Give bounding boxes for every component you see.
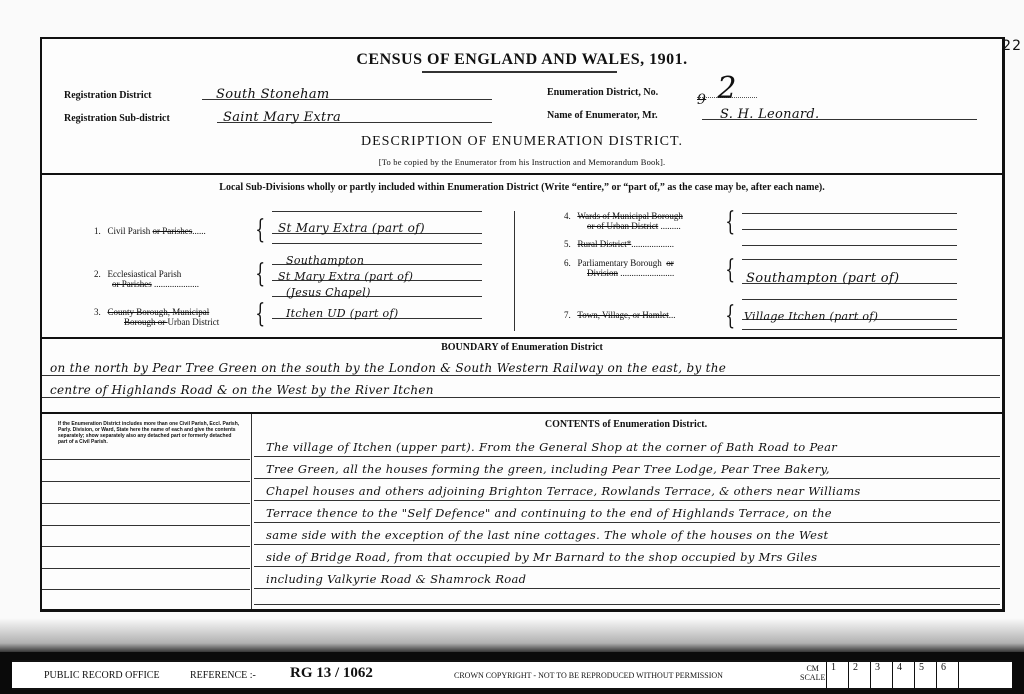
subdivision-struck-text: County Borough, Municipal: [108, 307, 210, 317]
subdivision-4-line-1: [742, 205, 957, 214]
subdivision-number: 1.: [94, 226, 101, 236]
subdivision-struck-text: or Parishes: [153, 226, 193, 236]
subdivision-4-line-2: [742, 221, 957, 230]
subdivision-2-line-1: Southampton: [272, 249, 482, 265]
subdivision-4-label-line2: or of Urban District .........: [587, 221, 681, 231]
brace: {: [255, 261, 265, 287]
contents-heading: CONTENTS of Enumeration District.: [252, 419, 1000, 430]
side-rule: [42, 568, 250, 569]
registration-subdistrict-label: Registration Sub-district: [64, 113, 170, 124]
side-rule: [42, 459, 250, 460]
contents-line: The village of Itchen (upper part). From…: [254, 436, 1000, 457]
contents-text: including Valkyrie Road & Shamrock Road: [254, 572, 526, 586]
scale-mark: 3: [870, 662, 892, 688]
scale-mark: 4: [892, 662, 914, 688]
subdivision-number: 4.: [564, 211, 571, 221]
dot-leader: ....................: [154, 279, 199, 289]
dot-leader: ......: [192, 226, 206, 236]
registration-district-label: Registration District: [64, 90, 151, 101]
divider: [42, 337, 1002, 339]
contents-line: [254, 590, 1000, 605]
subdivision-struck-text: Town, Village, or Hamlet: [577, 310, 668, 320]
contents-text: same side with the exception of the last…: [254, 528, 828, 542]
enumeration-district-field: 9 2: [697, 77, 757, 98]
scale-mark: 1: [826, 662, 848, 688]
scale-mark: 6: [936, 662, 958, 688]
side-rule: [42, 546, 250, 547]
column-divider: [514, 211, 515, 331]
subdivision-6-line-2: Southampton (part of): [742, 267, 957, 284]
page-number: 22: [1002, 38, 1022, 54]
side-rule: [42, 481, 250, 482]
registration-subdistrict-field: Saint Mary Extra: [217, 106, 492, 123]
subdivision-5-line: [742, 237, 957, 246]
cm-scale-label: CM SCALE: [800, 664, 825, 682]
subdivision-2-label: 2. Ecclesiastical Parish: [94, 269, 181, 279]
side-rule: [42, 503, 250, 504]
scale-mark: 5: [914, 662, 936, 688]
enumerator-label: Name of Enumerator, Mr.: [547, 110, 658, 121]
boundary-text-2: centre of Highlands Road & on the West b…: [42, 383, 434, 397]
subdivision-struck-text: or of Urban District: [587, 221, 658, 231]
subdivision-text: Civil Parish: [108, 226, 151, 236]
subdivision-struck-text: Rural District*: [578, 239, 632, 249]
subdivision-number: 5.: [564, 239, 571, 249]
subdivision-2-label-line2: or Parishes ....................: [112, 279, 199, 289]
contents-text: side of Bridge Road, from that occupied …: [254, 550, 817, 564]
contents-side-note: If the Enumeration District includes mor…: [58, 421, 242, 445]
subdivision-6-value: Southampton (part of): [742, 271, 899, 286]
subdivision-2-line-2: St Mary Extra (part of): [272, 265, 482, 281]
dot-leader: ........................: [620, 268, 674, 278]
subdivision-3-label-line2: Borough or Urban District: [124, 317, 219, 327]
contents-line: Tree Green, all the houses forming the g…: [254, 458, 1000, 479]
dot-leader: ...: [669, 310, 676, 320]
subdivision-struck-text: Borough or: [124, 317, 168, 327]
subdivisions-heading: Local Sub-Divisions wholly or partly inc…: [42, 182, 1002, 193]
enumerator-value: S. H. Leonard.: [702, 107, 819, 122]
form-title: CENSUS OF ENGLAND AND WALES, 1901.: [42, 51, 1002, 69]
contents-line: Chapel houses and others adjoining Brigh…: [254, 480, 1000, 501]
footer-copyright: CROWN COPYRIGHT - NOT TO BE REPRODUCED W…: [454, 671, 723, 680]
enumerator-field: S. H. Leonard.: [702, 103, 977, 120]
boundary-text-1: on the north by Pear Tree Green on the s…: [42, 361, 726, 375]
scan-edge-shadow: [0, 618, 1024, 654]
boundary-heading: BOUNDARY of Enumeration District: [42, 342, 1002, 353]
contents-text: Chapel houses and others adjoining Brigh…: [254, 484, 861, 498]
subdivision-1-line-1: [272, 199, 482, 212]
dot-leader: ...................: [631, 239, 674, 249]
subdivision-5-label: 5. Rural District*...................: [564, 239, 674, 249]
subdivision-7-value: Village Itchen (part of): [742, 310, 878, 323]
subdivision-1-line-3: [272, 233, 482, 244]
subdivision-7-label: 7. Town, Village, or Hamlet...: [564, 310, 676, 320]
cm-label: CM: [800, 664, 825, 673]
scale-mark: 2: [848, 662, 870, 688]
brace: {: [725, 257, 735, 283]
contents-line: side of Bridge Road, from that occupied …: [254, 546, 1000, 567]
copy-note: [To be copied by the Enumerator from his…: [42, 157, 1002, 167]
archive-footer: PUBLIC RECORD OFFICE REFERENCE :- RG 13 …: [0, 652, 1024, 694]
contents-text: Terrace thence to the "Self Defence" and…: [254, 506, 832, 520]
enumeration-district-value: 2: [717, 71, 736, 106]
contents-column-divider: [251, 414, 252, 609]
subdivision-struck-text: or: [666, 258, 674, 268]
subdivision-text: Ecclesiastical Parish: [108, 269, 182, 279]
contents-line: same side with the exception of the last…: [254, 524, 1000, 545]
subdivision-text: Parliamentary Borough: [578, 258, 662, 268]
contents-heading-text: CONTENTS of Enumeration District.: [545, 419, 707, 430]
brace: {: [255, 217, 265, 243]
title-underline: [422, 71, 617, 73]
contents-text: Tree Green, all the houses forming the g…: [254, 462, 830, 476]
divider: [42, 173, 1002, 175]
subdivision-3-line-1: Itchen UD (part of): [272, 302, 482, 319]
subdivision-struck-text: Wards of Municipal Borough: [577, 211, 683, 221]
registration-district-field: South Stoneham: [202, 83, 492, 100]
brace: {: [725, 209, 735, 235]
subdivision-7-line-2: Village Itchen (part of): [742, 305, 957, 320]
enumeration-district-label: Enumeration District, No.: [547, 87, 658, 98]
subdivision-4-label: 4. Wards of Municipal Borough: [564, 211, 683, 221]
subdivision-3-label: 3. County Borough, Municipal: [94, 307, 209, 317]
subdivision-number: 2.: [94, 269, 101, 279]
subdivision-7-line-3: [742, 323, 957, 330]
description-heading: DESCRIPTION OF ENUMERATION DISTRICT.: [42, 134, 1002, 150]
side-rule: [42, 525, 250, 526]
subdivision-6-line-1: [742, 251, 957, 260]
side-rule: [42, 589, 250, 590]
footer-office: PUBLIC RECORD OFFICE: [44, 670, 160, 681]
footer-strip: PUBLIC RECORD OFFICE REFERENCE :- RG 13 …: [12, 660, 1012, 690]
census-form-sheet: CENSUS OF ENGLAND AND WALES, 1901. Regis…: [40, 37, 1005, 612]
subdivision-number: 7.: [564, 310, 571, 320]
subdivision-7-line-1: [742, 291, 957, 300]
subdivision-1-label: 1. Civil Parish or Parishes......: [94, 226, 206, 236]
subdivision-text: Urban District: [168, 317, 220, 327]
contents-text: The village of Itchen (upper part). From…: [254, 440, 837, 454]
boundary-line-1: on the north by Pear Tree Green on the s…: [42, 357, 1000, 376]
contents-line: including Valkyrie Road & Shamrock Road: [254, 568, 1000, 589]
subdivision-2-value-3: (Jesus Chapel): [272, 286, 371, 299]
subdivision-6-label-line2: Division ........................: [587, 268, 674, 278]
subdivision-struck-text: Division: [587, 268, 618, 278]
brace: {: [255, 301, 265, 327]
subdivision-3-value: Itchen UD (part of): [272, 307, 398, 320]
subdivision-number: 3.: [94, 307, 101, 317]
dot-leader: .........: [660, 221, 680, 231]
scale-mark-empty: [958, 662, 1012, 688]
subdivision-2-line-3: (Jesus Chapel): [272, 281, 482, 297]
registration-subdistrict-value: Saint Mary Extra: [217, 110, 341, 125]
contents-line: Terrace thence to the "Self Defence" and…: [254, 502, 1000, 523]
subdivision-number: 6.: [564, 258, 571, 268]
scale-label: SCALE: [800, 673, 825, 682]
brace: {: [725, 303, 735, 329]
subdivision-6-label: 6. Parliamentary Borough or: [564, 258, 674, 268]
registration-district-value: South Stoneham: [202, 87, 330, 102]
footer-reference-label: REFERENCE :-: [190, 670, 256, 681]
boundary-line-2: centre of Highlands Road & on the West b…: [42, 379, 1000, 398]
divider: [42, 412, 1002, 414]
subdivision-struck-text: or Parishes: [112, 279, 152, 289]
footer-reference-value: RG 13 / 1062: [290, 665, 373, 682]
subdivision-1-line-2: St Mary Extra (part of): [272, 217, 482, 234]
